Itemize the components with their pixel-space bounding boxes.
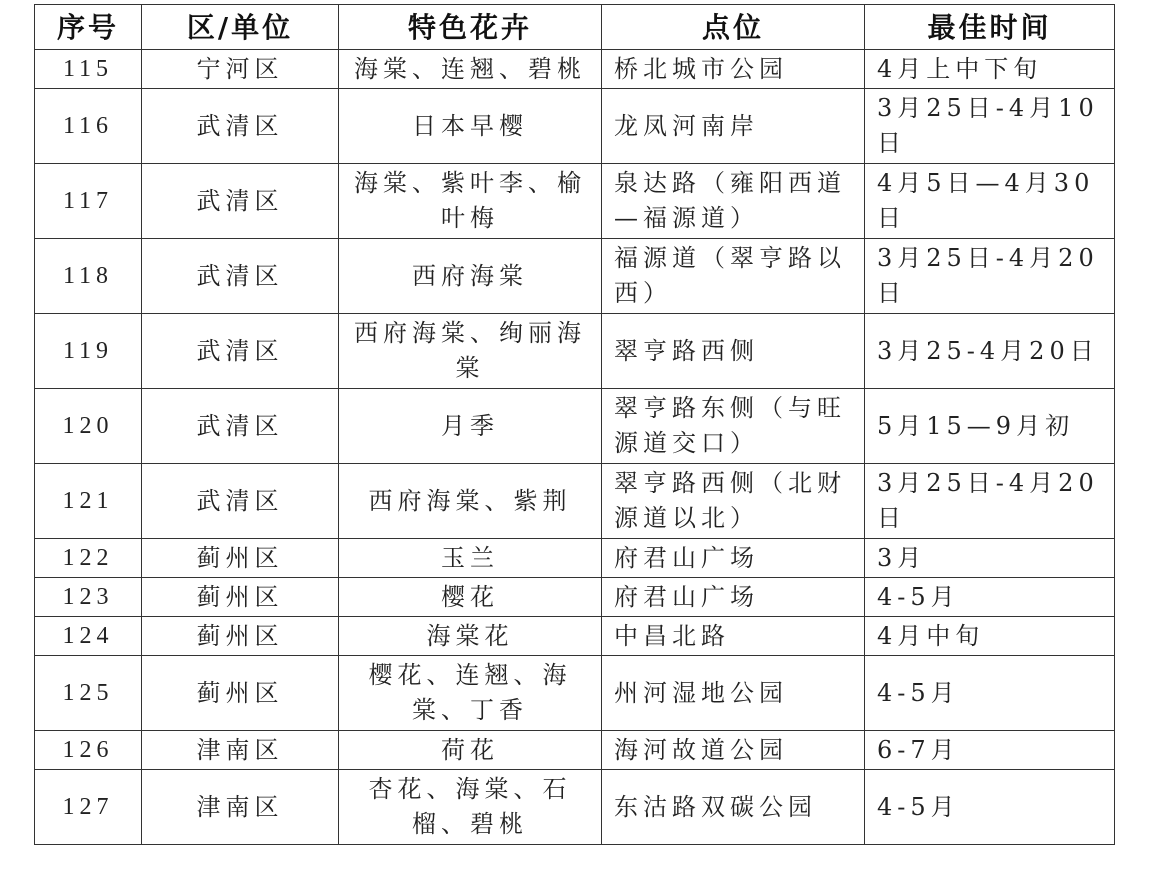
table-row: 125 蓟州区 樱花、连翘、海棠、丁香 州河湿地公园 4-5月 [35,656,1115,731]
cell-flowers: 樱花、连翘、海棠、丁香 [339,656,602,731]
cell-district: 蓟州区 [142,578,339,617]
table-row: 116 武清区 日本早樱 龙凤河南岸 3月25日-4月10日 [35,89,1115,164]
cell-flowers: 杏花、海棠、石榴、碧桃 [339,770,602,845]
cell-flowers: 樱花 [339,578,602,617]
cell-serial-number: 117 [35,164,142,239]
cell-best-time: 5月15—9月初 [865,389,1115,464]
cell-location: 龙凤河南岸 [602,89,865,164]
table-row: 118 武清区 西府海棠 福源道（翠亨路以西） 3月25日-4月20日 [35,239,1115,314]
cell-best-time: 3月25日-4月20日 [865,464,1115,539]
cell-serial-number: 116 [35,89,142,164]
cell-location: 翠亨路西侧（北财源道以北） [602,464,865,539]
cell-best-time: 6-7月 [865,731,1115,770]
cell-flowers: 海棠、紫叶李、榆叶梅 [339,164,602,239]
cell-location: 泉达路（雍阳西道—福源道） [602,164,865,239]
cell-district: 蓟州区 [142,617,339,656]
cell-flowers: 西府海棠、绚丽海棠 [339,314,602,389]
table-row: 115 宁河区 海棠、连翘、碧桃 桥北城市公园 4月上中下旬 [35,50,1115,89]
cell-best-time: 4-5月 [865,578,1115,617]
cell-serial-number: 122 [35,539,142,578]
cell-location: 中昌北路 [602,617,865,656]
cell-flowers: 日本早樱 [339,89,602,164]
cell-flowers: 海棠花 [339,617,602,656]
table-row: 123 蓟州区 樱花 府君山广场 4-5月 [35,578,1115,617]
cell-best-time: 3月 [865,539,1115,578]
header-serial-number: 序号 [35,5,142,50]
table-row: 122 蓟州区 玉兰 府君山广场 3月 [35,539,1115,578]
cell-district: 武清区 [142,464,339,539]
cell-best-time: 3月25日-4月10日 [865,89,1115,164]
flower-viewing-table: 序号 区/单位 特色花卉 点位 最佳时间 115 宁河区 海棠、连翘、碧桃 桥北… [34,4,1115,845]
cell-flowers: 西府海棠 [339,239,602,314]
cell-district: 武清区 [142,239,339,314]
cell-flowers: 荷花 [339,731,602,770]
cell-location: 府君山广场 [602,578,865,617]
cell-flowers: 西府海棠、紫荆 [339,464,602,539]
cell-serial-number: 123 [35,578,142,617]
cell-district: 武清区 [142,389,339,464]
table-row: 127 津南区 杏花、海棠、石榴、碧桃 东沽路双碳公园 4-5月 [35,770,1115,845]
table-row: 124 蓟州区 海棠花 中昌北路 4月中旬 [35,617,1115,656]
cell-district: 津南区 [142,770,339,845]
cell-serial-number: 126 [35,731,142,770]
cell-flowers: 海棠、连翘、碧桃 [339,50,602,89]
cell-district: 武清区 [142,314,339,389]
cell-district: 宁河区 [142,50,339,89]
cell-best-time: 4月上中下旬 [865,50,1115,89]
cell-flowers: 月季 [339,389,602,464]
cell-district: 武清区 [142,164,339,239]
cell-serial-number: 121 [35,464,142,539]
cell-serial-number: 127 [35,770,142,845]
cell-district: 蓟州区 [142,656,339,731]
header-location: 点位 [602,5,865,50]
header-row: 序号 区/单位 特色花卉 点位 最佳时间 [35,5,1115,50]
header-district: 区/单位 [142,5,339,50]
cell-serial-number: 124 [35,617,142,656]
table-row: 119 武清区 西府海棠、绚丽海棠 翠亨路西侧 3月25-4月20日 [35,314,1115,389]
cell-location: 翠亨路西侧 [602,314,865,389]
table-row: 121 武清区 西府海棠、紫荆 翠亨路西侧（北财源道以北） 3月25日-4月20… [35,464,1115,539]
cell-serial-number: 118 [35,239,142,314]
cell-district: 蓟州区 [142,539,339,578]
cell-best-time: 3月25-4月20日 [865,314,1115,389]
table-row: 120 武清区 月季 翠亨路东侧（与旺源道交口） 5月15—9月初 [35,389,1115,464]
table-row: 126 津南区 荷花 海河故道公园 6-7月 [35,731,1115,770]
cell-best-time: 4-5月 [865,770,1115,845]
cell-location: 府君山广场 [602,539,865,578]
cell-district: 津南区 [142,731,339,770]
cell-location: 翠亨路东侧（与旺源道交口） [602,389,865,464]
cell-location: 海河故道公园 [602,731,865,770]
table-row: 117 武清区 海棠、紫叶李、榆叶梅 泉达路（雍阳西道—福源道） 4月5日—4月… [35,164,1115,239]
cell-location: 州河湿地公园 [602,656,865,731]
cell-location: 福源道（翠亨路以西） [602,239,865,314]
cell-best-time: 3月25日-4月20日 [865,239,1115,314]
cell-serial-number: 115 [35,50,142,89]
header-best-time: 最佳时间 [865,5,1115,50]
cell-flowers: 玉兰 [339,539,602,578]
cell-best-time: 4月中旬 [865,617,1115,656]
cell-serial-number: 120 [35,389,142,464]
cell-serial-number: 125 [35,656,142,731]
cell-location: 东沽路双碳公园 [602,770,865,845]
header-featured-flowers: 特色花卉 [339,5,602,50]
cell-best-time: 4-5月 [865,656,1115,731]
cell-best-time: 4月5日—4月30日 [865,164,1115,239]
cell-location: 桥北城市公园 [602,50,865,89]
cell-serial-number: 119 [35,314,142,389]
cell-district: 武清区 [142,89,339,164]
